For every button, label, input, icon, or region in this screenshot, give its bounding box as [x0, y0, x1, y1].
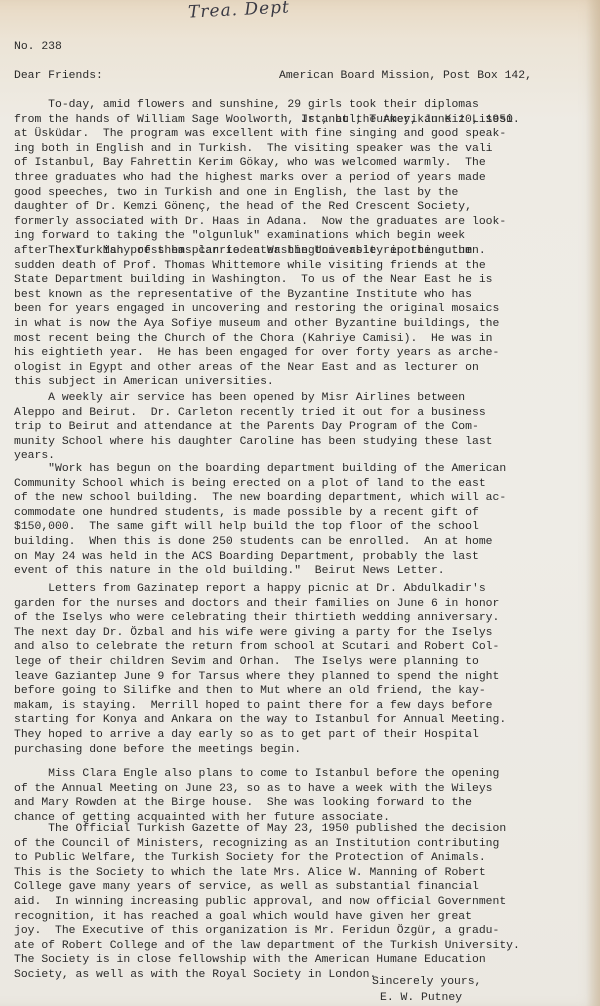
- text-line: sudden death of Prof. Thomas Whittemore …: [14, 259, 499, 274]
- paragraph-graduation: To-day, amid flowers and sunshine, 29 gi…: [14, 98, 513, 259]
- text-line: Miss Clara Engle also plans to come to I…: [14, 767, 499, 782]
- handwritten-annotation: Trea. Dept: [188, 0, 291, 23]
- text-line: before going to Silifke and then to Mut …: [14, 684, 506, 699]
- text-line: College gave many years of service, as w…: [14, 880, 520, 895]
- text-line: The next day Dr. Özbal and his wife were…: [14, 626, 506, 641]
- text-line: Letters from Gazinatep report a happy pi…: [14, 582, 506, 597]
- text-line: good speeches, two in Turkish and one in…: [14, 186, 513, 201]
- text-line: Community School which is being erected …: [14, 477, 506, 492]
- text-line: daughter of Dr. Kemzi Gönenç, the head o…: [14, 200, 513, 215]
- text-line: "Work has begun on the boarding departme…: [14, 462, 506, 477]
- text-line: ing both in English and in Turkish. The …: [14, 142, 513, 157]
- text-line: Aleppo and Beirut. Dr. Carleton recently…: [14, 406, 493, 421]
- text-line: of the Council of Ministers, recognizing…: [14, 837, 520, 852]
- text-line: formerly associated with Dr. Haas in Ada…: [14, 215, 513, 230]
- text-line: at Üsküdar. The program was excellent wi…: [14, 127, 513, 142]
- text-line: leave Gaziantep June 9 for Tarsus where …: [14, 670, 506, 685]
- paragraph-gaziantep: Letters from Gazinatep report a happy pi…: [14, 582, 506, 757]
- text-line: his eightieth year. He has been engaged …: [14, 346, 499, 361]
- text-line: building. When this is done 250 students…: [14, 535, 506, 550]
- text-line: best known as the representative of the …: [14, 288, 499, 303]
- closing: Sincerely yours,: [372, 975, 481, 990]
- text-line: garden for the nurses and doctors and th…: [14, 597, 506, 612]
- text-line: and also to celebrate the return from sc…: [14, 640, 506, 655]
- text-line: This is the Society to which the late Mr…: [14, 866, 520, 881]
- text-line: this subject in American universities.: [14, 375, 499, 390]
- text-line: three graduates who had the highest mark…: [14, 171, 513, 186]
- text-line: of the Iselys who were celebrating their…: [14, 611, 506, 626]
- letter-page: Trea. Dept No. 238 American Board Missio…: [0, 0, 600, 1006]
- text-line: starting for Konya and Ankara on the way…: [14, 713, 506, 728]
- text-line: recognition, it has reached a goal which…: [14, 910, 520, 925]
- text-line: The Official Turkish Gazette of May 23, …: [14, 822, 520, 837]
- paragraph-boarding-building: "Work has begun on the boarding departme…: [14, 462, 506, 579]
- text-line: been for years engaged in uncovering and…: [14, 302, 499, 317]
- text-line: ate of Robert College and of the law dep…: [14, 939, 520, 954]
- text-line: to Public Welfare, the Turkish Society f…: [14, 851, 520, 866]
- paragraph-animal-society: The Official Turkish Gazette of May 23, …: [14, 822, 520, 983]
- text-line: aid. In winning increasing public approv…: [14, 895, 520, 910]
- text-line: event of this nature in the old building…: [14, 564, 506, 579]
- text-line: $150,000. The same gift will help build …: [14, 520, 506, 535]
- paragraph-whittemore: The Turkish press has carried a Washingt…: [14, 244, 499, 390]
- text-line: The Turkish press has carried a Washingt…: [14, 244, 499, 259]
- text-line: munity School where his daughter Carolin…: [14, 435, 493, 450]
- text-line: makam, is staying. Merrill hoped to pain…: [14, 699, 506, 714]
- text-line: To-day, amid flowers and sunshine, 29 gi…: [14, 98, 513, 113]
- text-line: A weekly air service has been opened by …: [14, 391, 493, 406]
- address-line-1: American Board Mission, Post Box 142,: [279, 69, 532, 84]
- text-line: trip to Beirut and attendance at the Par…: [14, 420, 493, 435]
- text-line: commodate one hundred students, is made …: [14, 506, 506, 521]
- text-line: joy. The Executive of this organization …: [14, 924, 520, 939]
- paragraph-air-service: A weekly air service has been opened by …: [14, 391, 493, 464]
- text-line: on May 24 was held in the ACS Boarding D…: [14, 550, 506, 565]
- text-line: State Department building in Washington.…: [14, 273, 499, 288]
- signature: E. W. Putney: [380, 991, 462, 1006]
- text-line: lege of their children Sevim and Orhan. …: [14, 655, 506, 670]
- text-line: of the new school building. The new boar…: [14, 491, 506, 506]
- text-line: and Mary Rowden at the Birge house. She …: [14, 796, 499, 811]
- text-line: of Istanbul, Bay Fahrettin Kerim Gökay, …: [14, 156, 513, 171]
- text-line: ologist in Egypt and other areas of the …: [14, 361, 499, 376]
- salutation: Dear Friends:: [14, 69, 103, 84]
- text-line: They hoped to arrive a day early so as t…: [14, 728, 506, 743]
- text-line: ing forward to taking the "olgunluk" exa…: [14, 229, 513, 244]
- letter-number: No. 238: [14, 40, 62, 55]
- text-line: of the Annual Meeting on June 23, so as …: [14, 782, 499, 797]
- text-line: in what is now the Aya Sofiye museum and…: [14, 317, 499, 332]
- paper-edge-shadow: [586, 0, 600, 1006]
- text-line: purchasing done before the meetings begi…: [14, 743, 506, 758]
- text-line: most recent being the Church of the Chor…: [14, 332, 499, 347]
- text-line: The Society is in close fellowship with …: [14, 953, 520, 968]
- text-line: from the hands of William Sage Woolworth…: [14, 113, 513, 128]
- paragraph-clara-engle: Miss Clara Engle also plans to come to I…: [14, 767, 499, 825]
